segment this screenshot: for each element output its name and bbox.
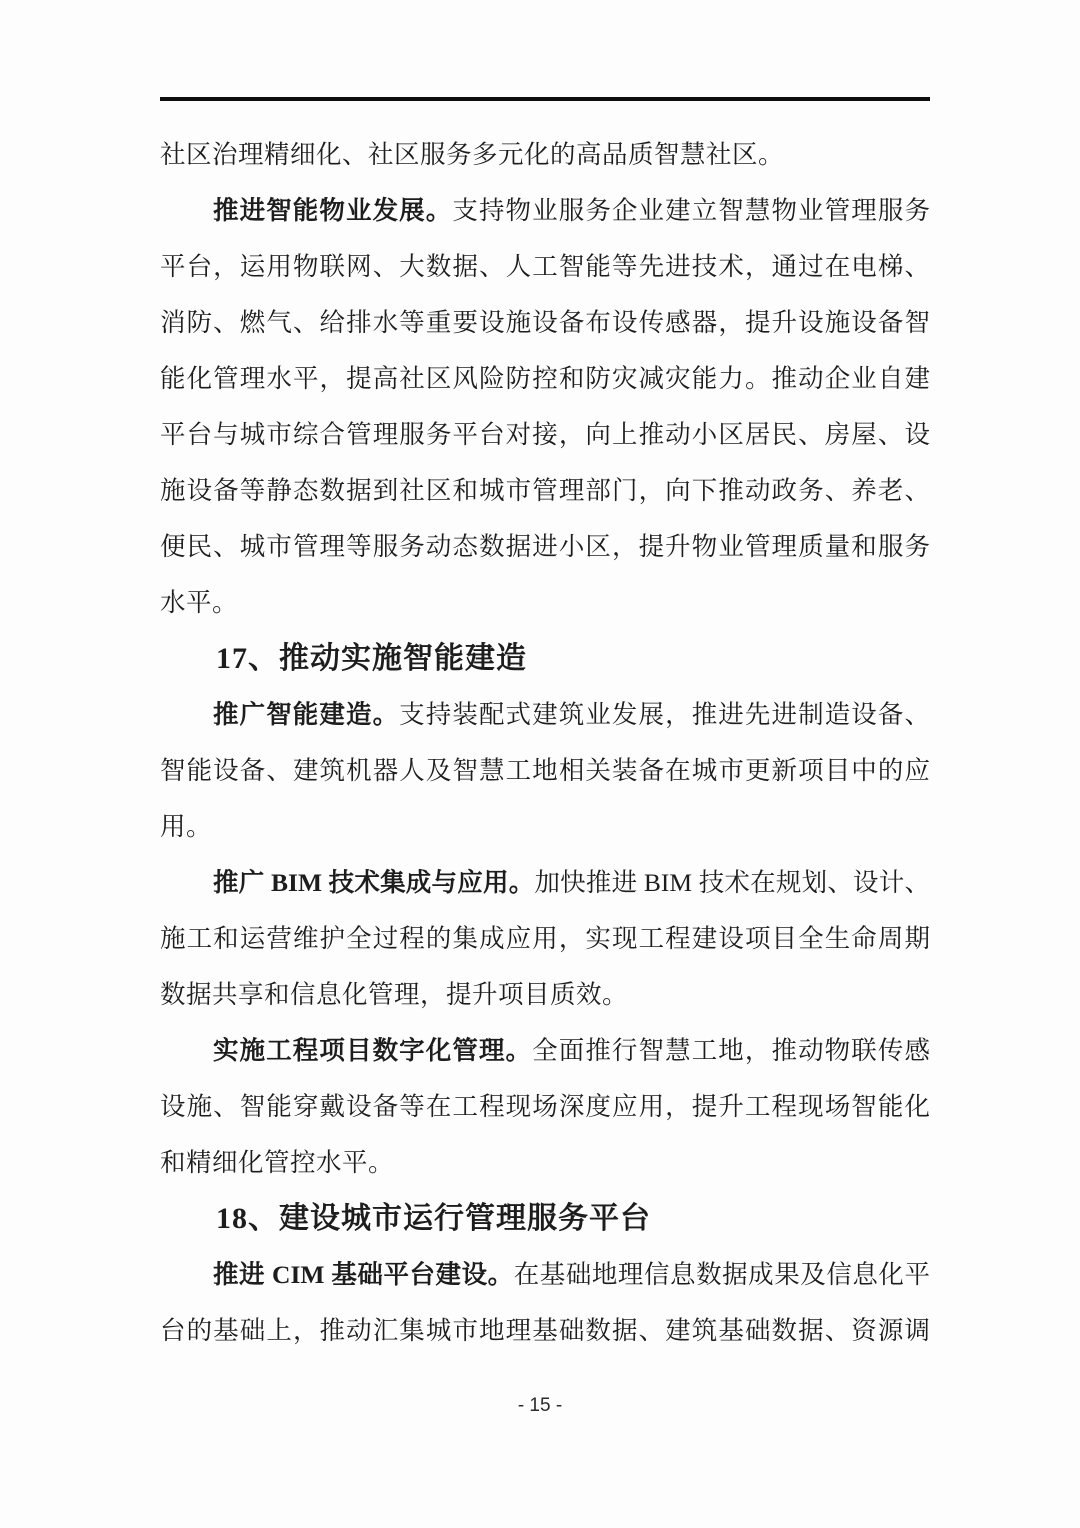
text-line: 平台，运用物联网、大数据、人工智能等先进技术，通过在电梯、 [160,239,930,295]
text-line: 社区治理精细化、社区服务多元化的高品质智慧社区。 [160,127,930,183]
line-text: 支持装配式建筑业发展，推进先进制造设备、 [399,700,930,729]
paragraph-lead: 实施工程项目数字化管理。 [213,1036,532,1065]
paragraph-lead: 推广 BIM 技术集成与应用。 [213,868,534,897]
line-text: 数据共享和信息化管理，提升项目质效。 [160,980,628,1009]
line-text: 设施、智能穿戴设备等在工程现场深度应用，提升工程现场智能化 [160,1092,930,1121]
section-heading-18: 18、建设城市运行管理服务平台 [160,1191,930,1247]
text-line: 推广 BIM 技术集成与应用。加快推进 BIM 技术在规划、设计、 [160,855,930,911]
text-line: 平台与城市综合管理服务平台对接，向上推动小区居民、房屋、设 [160,407,930,463]
paragraph-lead: 推进 CIM 基础平台建设。 [213,1260,514,1289]
text-line: 便民、城市管理等服务动态数据进小区，提升物业管理质量和服务 [160,519,930,575]
text-line: 施工和运营维护全过程的集成应用，实现工程建设项目全生命周期 [160,911,930,967]
line-text: 水平。 [160,588,238,617]
line-text: 加快推进 BIM 技术在规划、设计、 [534,868,930,897]
text-line: 能化管理水平，提高社区风险防控和防灾减灾能力。推动企业自建 [160,351,930,407]
line-text: 施工和运营维护全过程的集成应用，实现工程建设项目全生命周期 [160,924,930,953]
text-line: 台的基础上，推动汇集城市地理基础数据、建筑基础数据、资源调 [160,1303,930,1359]
page: 社区治理精细化、社区服务多元化的高品质智慧社区。 推进智能物业发展。支持物业服务… [0,0,1080,1528]
text-line: 推进智能物业发展。支持物业服务企业建立智慧物业管理服务 [160,183,930,239]
section-heading-17: 17、推动实施智能建造 [160,631,930,687]
text-line: 用。 [160,799,930,855]
text-line: 实施工程项目数字化管理。全面推行智慧工地，推动物联传感 [160,1023,930,1079]
line-text: 台的基础上，推动汇集城市地理基础数据、建筑基础数据、资源调 [160,1316,930,1345]
line-text: 支持物业服务企业建立智慧物业管理服务 [452,196,930,225]
line-text: 全面推行智慧工地，推动物联传感 [532,1036,930,1065]
line-text: 智能设备、建筑机器人及智慧工地相关装备在城市更新项目中的应 [160,756,930,785]
line-text: 平台与城市综合管理服务平台对接，向上推动小区居民、房屋、设 [160,420,930,449]
document-text: 社区治理精细化、社区服务多元化的高品质智慧社区。 推进智能物业发展。支持物业服务… [160,127,930,1359]
text-line: 和精细化管控水平。 [160,1135,930,1191]
text-line: 推广智能建造。支持装配式建筑业发展，推进先进制造设备、 [160,687,930,743]
text-line: 推进 CIM 基础平台建设。在基础地理信息数据成果及信息化平 [160,1247,930,1303]
text-line: 智能设备、建筑机器人及智慧工地相关装备在城市更新项目中的应 [160,743,930,799]
line-text: 平台，运用物联网、大数据、人工智能等先进技术，通过在电梯、 [160,252,930,281]
text-line: 消防、燃气、给排水等重要设施设备布设传感器，提升设施设备智 [160,295,930,351]
line-text: 施设备等静态数据到社区和城市管理部门，向下推动政务、养老、 [160,476,930,505]
line-text: 消防、燃气、给排水等重要设施设备布设传感器，提升设施设备智 [160,308,930,337]
line-text: 能化管理水平，提高社区风险防控和防灾减灾能力。推动企业自建 [160,364,930,393]
line-text: 和精细化管控水平。 [160,1148,394,1177]
text-line: 水平。 [160,575,930,631]
paragraph-lead: 推进智能物业发展。 [213,196,452,225]
page-number: - 15 - [0,1392,1080,1420]
line-text: 社区治理精细化、社区服务多元化的高品质智慧社区。 [160,140,784,169]
header-rule [160,97,930,101]
line-text: 用。 [160,812,212,841]
text-line: 设施、智能穿戴设备等在工程现场深度应用，提升工程现场智能化 [160,1079,930,1135]
line-text: 便民、城市管理等服务动态数据进小区，提升物业管理质量和服务 [160,532,930,561]
text-line: 施设备等静态数据到社区和城市管理部门，向下推动政务、养老、 [160,463,930,519]
paragraph-lead: 推广智能建造。 [213,700,399,729]
line-text: 在基础地理信息数据成果及信息化平 [514,1260,930,1289]
text-line: 数据共享和信息化管理，提升项目质效。 [160,967,930,1023]
